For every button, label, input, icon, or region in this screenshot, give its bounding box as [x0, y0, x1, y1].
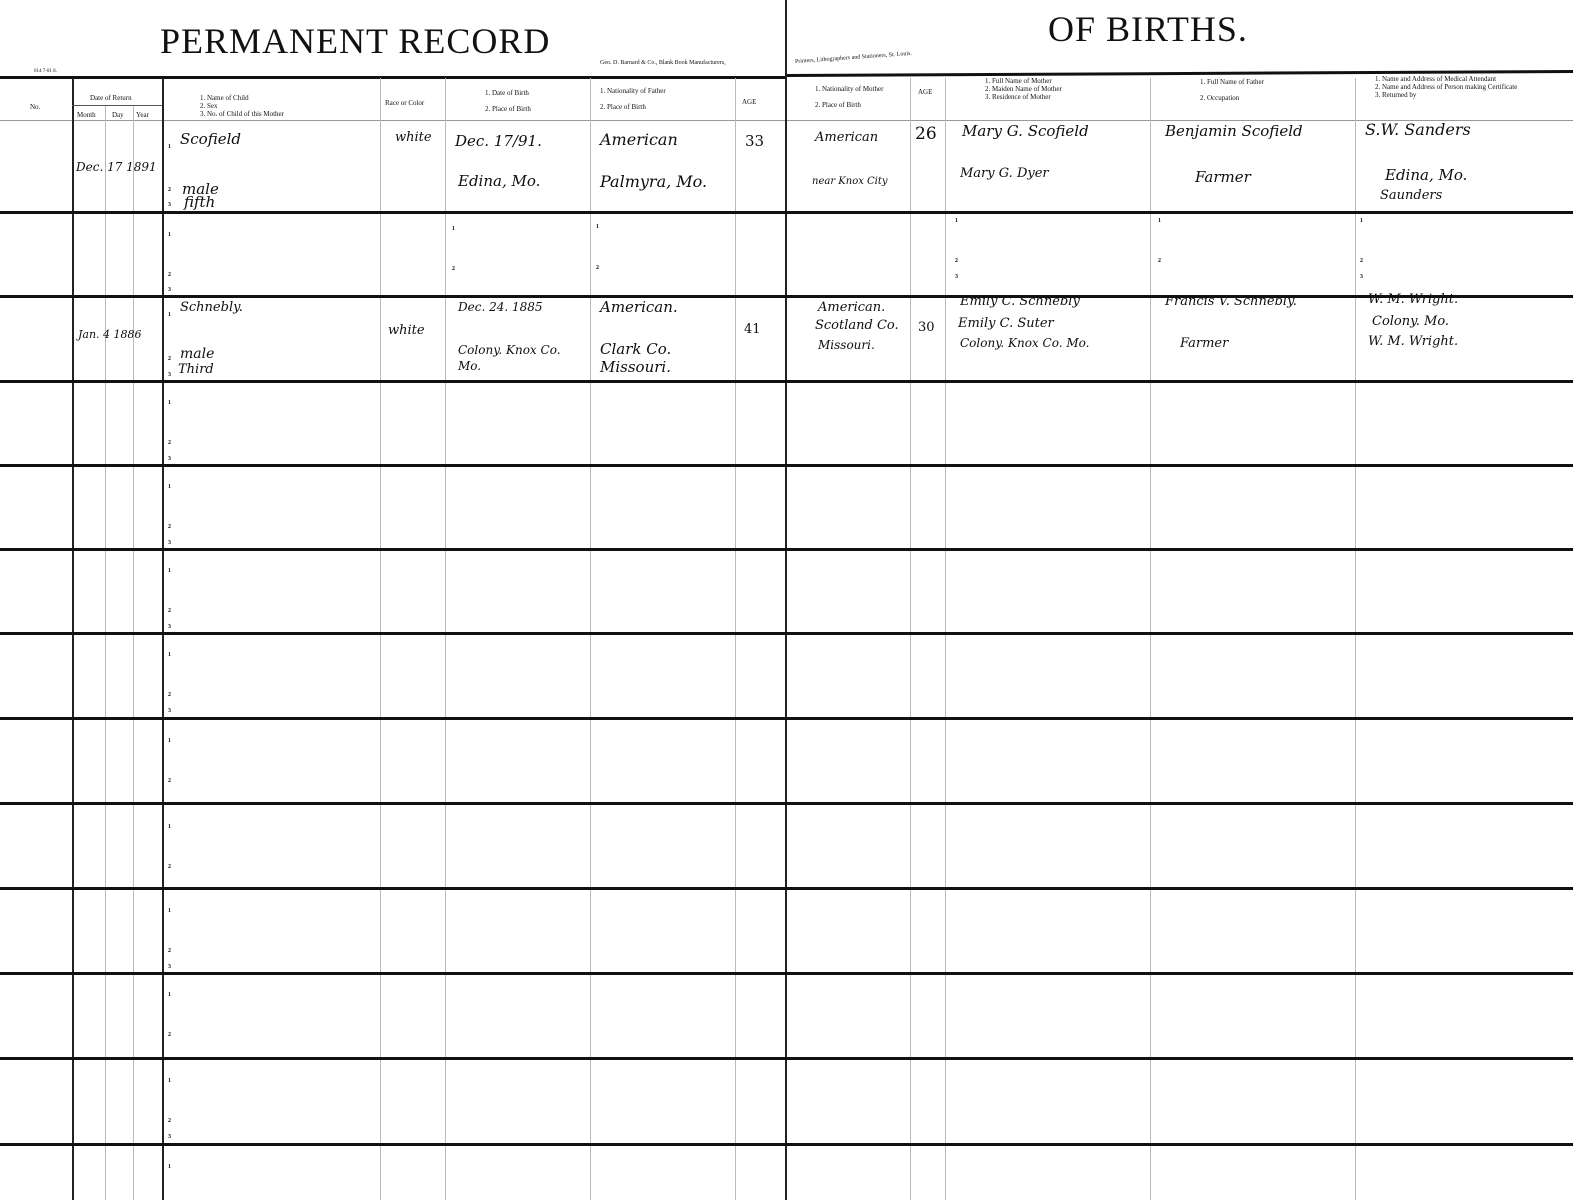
marker: 2: [168, 356, 171, 362]
col-divider: [1150, 78, 1151, 1200]
date-of-birth: Dec. 24. 1885: [458, 300, 543, 314]
marker: 3: [168, 372, 171, 378]
marker: 1: [596, 224, 599, 230]
marker: 2: [1158, 258, 1161, 264]
header-race: Race or Color: [385, 98, 424, 108]
marker: 2: [168, 272, 171, 278]
marker: 3: [168, 624, 171, 630]
returned-by: Saunders: [1380, 188, 1442, 203]
marker: 2: [168, 608, 171, 614]
medical-attendant: S.W. Sanders: [1365, 120, 1471, 139]
header-date-of-birth: 1. Date of Birth: [485, 88, 531, 98]
marker: 3: [168, 1134, 171, 1140]
row-divider: [0, 464, 1573, 467]
header-mother: 1. Full Name of Mother 2. Maiden Name of…: [985, 77, 1062, 101]
marker: 2: [452, 266, 455, 272]
certifier: Colony. Mo.: [1372, 314, 1449, 329]
marker: 1: [168, 1164, 171, 1170]
marker: 2: [1360, 258, 1363, 264]
header-mother-nat: 1. Nationality of Mother: [815, 84, 883, 94]
mother-birthplace: Missouri.: [818, 338, 875, 352]
marker: 1: [168, 908, 171, 914]
col-divider: [945, 78, 946, 1200]
col-divider: [590, 78, 591, 1200]
father-nationality: American.: [600, 298, 678, 316]
marker: 2: [168, 692, 171, 698]
father-full-name: Benjamin Scofield: [1165, 122, 1303, 140]
marker: 1: [168, 652, 171, 658]
header-birth: 1. Date of Birth 2. Place of Birth: [485, 88, 531, 114]
child-sex: male: [180, 346, 214, 362]
row-divider: [0, 295, 1573, 298]
father-nationality: American: [600, 130, 678, 149]
date-of-return: Dec. 17 1891: [76, 160, 157, 174]
header-mother-full-name: 1. Full Name of Mother: [985, 77, 1062, 85]
marker: 1: [168, 400, 171, 406]
place-of-birth: Edina, Mo.: [458, 172, 540, 190]
mother-nationality: American.: [818, 300, 885, 315]
header-child-number: 3. No. of Child of this Mother: [200, 110, 284, 118]
marker: 2: [168, 524, 171, 530]
marker: 1: [168, 144, 171, 150]
header-mother-birthplace: 2. Place of Birth: [815, 100, 883, 110]
marker: 2: [168, 187, 171, 193]
header-father-occupation: 2. Occupation: [1200, 93, 1264, 103]
header-mother-nationality: 1. Nationality of Mother 2. Place of Bir…: [815, 84, 883, 110]
race: white: [388, 323, 425, 338]
header-child-name: 1. Name of Child: [200, 94, 284, 102]
col-divider: [105, 105, 106, 1200]
header-father-nat: 1. Nationality of Father: [600, 86, 666, 96]
marker: 2: [168, 1118, 171, 1124]
mother-birthplace-county: Scotland Co.: [815, 318, 899, 333]
marker: 2: [168, 440, 171, 446]
header-rule-top: [0, 76, 785, 79]
mother-nationality: American: [815, 130, 878, 145]
header-mother-maiden-name: 2. Maiden Name of Mother: [985, 85, 1062, 93]
mother-residence: Colony. Knox Co. Mo.: [960, 336, 1089, 350]
row-divider: [0, 717, 1573, 720]
date-of-return: Jan. 4 1886: [78, 328, 142, 341]
marker: 1: [1360, 218, 1363, 224]
marker: 1: [452, 226, 455, 232]
marker: 3: [168, 202, 171, 208]
row-divider: [0, 548, 1573, 551]
father-birthplace: Palmyra, Mo.: [600, 172, 707, 191]
header-month: Month: [77, 110, 96, 120]
col-divider: [445, 78, 446, 1200]
book-spine: [785, 0, 787, 1200]
marker: 1: [955, 218, 958, 224]
header-medical-attendant: 1. Name and Address of Medical Attendant: [1375, 75, 1517, 83]
printer-imprint: Printers, Lithographers and Stationers, …: [795, 51, 912, 65]
row-divider: [0, 1143, 1573, 1146]
marker: 1: [168, 992, 171, 998]
mother-birthplace: near Knox City: [812, 176, 888, 187]
marker: 1: [168, 568, 171, 574]
place-of-birth: Colony. Knox Co. Mo.: [458, 342, 568, 374]
header-year: Year: [136, 110, 149, 120]
header-father-full-name: 1. Full Name of Father: [1200, 77, 1264, 87]
col-divider: [72, 78, 74, 1200]
marker: 2: [168, 778, 171, 784]
header-age-father: AGE: [742, 97, 756, 107]
marker: 3: [955, 274, 958, 280]
page-title-right: OF BIRTHS.: [1048, 8, 1248, 50]
marker: 1: [168, 1078, 171, 1084]
publisher-imprint: Geo. D. Barnard & Co., Blank Book Manufa…: [600, 60, 726, 66]
father-full-name: Francis V. Schnebly.: [1165, 294, 1297, 309]
form-number: 614 7-01 8.: [34, 69, 57, 74]
row-divider: [0, 380, 1573, 383]
child-name: Schnebly.: [180, 300, 243, 315]
father-age: 41: [744, 322, 761, 337]
marker: 3: [168, 287, 171, 293]
header-mother-residence: 3. Residence of Mother: [985, 93, 1062, 101]
header-date-of-return: Date of Return: [90, 93, 132, 103]
marker: 3: [168, 540, 171, 546]
returned-by: W. M. Wright.: [1368, 334, 1458, 349]
col-divider: [380, 78, 381, 1200]
marker: 2: [955, 258, 958, 264]
header-returned-by: 3. Returned by: [1375, 91, 1517, 99]
race: white: [395, 130, 432, 145]
header-day: Day: [112, 110, 124, 120]
child-number: Third: [178, 362, 214, 377]
row-divider: [0, 211, 1573, 214]
date-of-birth: Dec. 17/91.: [455, 132, 542, 150]
col-divider: [735, 78, 736, 1200]
mother-age: 30: [918, 320, 935, 335]
row-divider: [0, 972, 1573, 975]
father-occupation: Farmer: [1180, 336, 1228, 351]
marker: 1: [168, 738, 171, 744]
marker: 2: [168, 864, 171, 870]
marker: 1: [1158, 218, 1161, 224]
header-child: 1. Name of Child 2. Sex 3. No. of Child …: [200, 94, 284, 118]
header-child-sex: 2. Sex: [200, 102, 284, 110]
row-divider: [0, 887, 1573, 890]
marker: 1: [168, 312, 171, 318]
header-attendant: 1. Name and Address of Medical Attendant…: [1375, 75, 1517, 99]
marker: 3: [168, 708, 171, 714]
marker: 1: [168, 484, 171, 490]
mother-maiden-name: Mary G. Dyer: [960, 166, 1049, 181]
mother-full-name: Mary G. Scofield: [962, 122, 1089, 140]
child-name: Scofield: [180, 130, 241, 148]
header-father-nationality: 1. Nationality of Father 2. Place of Bir…: [600, 86, 666, 112]
row-divider: [0, 802, 1573, 805]
marker: 2: [596, 265, 599, 271]
marker: 2: [168, 1032, 171, 1038]
col-divider: [1355, 78, 1356, 1200]
header-no: No.: [30, 102, 40, 112]
col-divider: [162, 78, 164, 1200]
marker: 3: [168, 964, 171, 970]
mother-age: 26: [915, 124, 937, 144]
row-divider: [0, 1057, 1573, 1060]
certifier: Edina, Mo.: [1385, 166, 1467, 184]
col-divider: [133, 105, 134, 1200]
marker: 3: [1360, 274, 1363, 280]
mother-full-name: Emily C. Schnebly: [960, 294, 1080, 309]
medical-attendant: W. M. Wright.: [1368, 292, 1458, 307]
col-divider: [910, 78, 911, 1200]
father-occupation: Farmer: [1195, 168, 1251, 186]
marker: 1: [168, 232, 171, 238]
mother-maiden-name: Emily C. Suter: [958, 316, 1054, 331]
header-age-mother: AGE: [918, 87, 932, 97]
marker: 3: [168, 456, 171, 462]
header-certifier: 2. Name and Address of Person making Cer…: [1375, 83, 1517, 91]
child-number: fifth: [184, 193, 215, 211]
father-birthplace: Clark Co. Missouri.: [600, 340, 710, 376]
father-age: 33: [745, 132, 764, 150]
marker: 2: [168, 948, 171, 954]
date-return-subrule: [72, 105, 162, 106]
header-father: 1. Full Name of Father 2. Occupation: [1200, 77, 1264, 103]
row-divider: [0, 632, 1573, 635]
page-title-left: PERMANENT RECORD: [160, 20, 550, 62]
header-place-of-birth: 2. Place of Birth: [485, 104, 531, 114]
marker: 1: [168, 824, 171, 830]
header-father-birthplace: 2. Place of Birth: [600, 102, 666, 112]
